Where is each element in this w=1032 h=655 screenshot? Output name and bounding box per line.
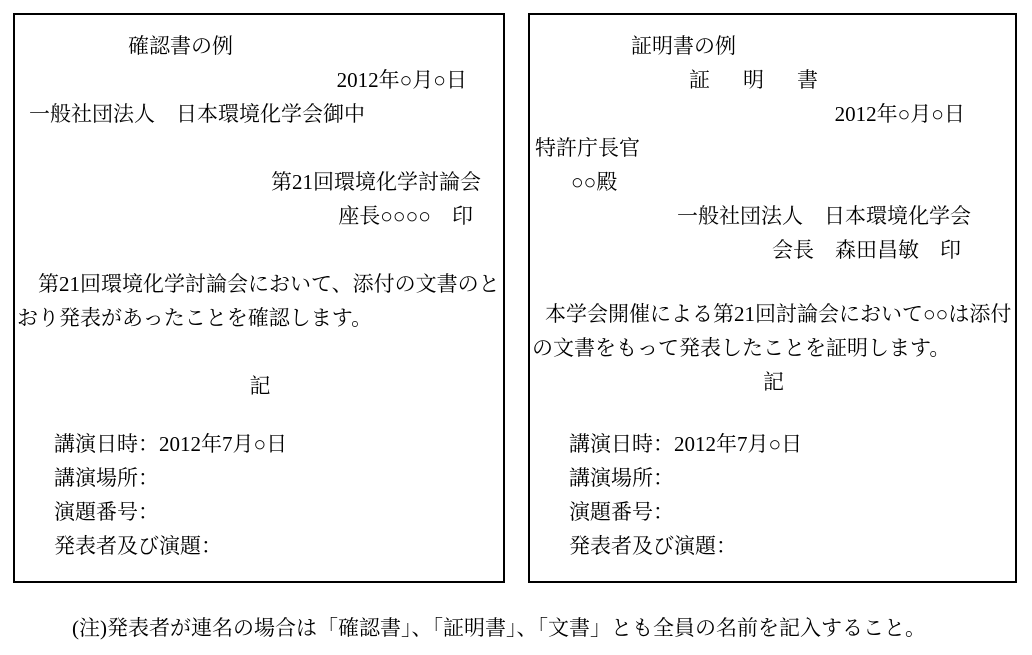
certificate-detail-number: 演題番号： — [532, 495, 1015, 529]
blank-line — [17, 131, 503, 165]
confirmation-detail-number: 演題番号： — [17, 495, 503, 529]
confirmation-detail-date: 講演日時：2012年7月○日 — [17, 427, 503, 461]
certificate-issuer-org: 一般社団法人 日本環境化学会 — [532, 199, 1015, 233]
certificate-addressee-title: 特許庁長官 — [532, 131, 1015, 165]
blank-line — [532, 267, 1015, 297]
footnote-text: (注)発表者が連名の場合は「確認書」、「証明書」、「文書」とも全員の名前を記入す… — [72, 611, 926, 645]
confirmation-detail-place: 講演場所： — [17, 461, 503, 495]
blank-line — [532, 399, 1015, 427]
certificate-detail-date: 講演日時：2012年7月○日 — [532, 427, 1015, 461]
certificate-body: 本学会開催による第21回討論会において○○は添付の文書をもって発表したことを証明… — [532, 297, 1015, 365]
certificate-issuer-person-seal: 会長 森田昌敏 印 — [532, 233, 1015, 267]
confirmation-chair-seal: 座長○○○○ 印 — [17, 199, 503, 233]
blank-line — [17, 403, 503, 427]
confirmation-body: 第21回環境化学討論会において、添付の文書のとおり発表があったことを確認します。 — [17, 267, 503, 335]
certificate-record-marker: 記 — [532, 365, 1015, 399]
certificate-heading: 証 明 書 — [532, 63, 1015, 97]
confirmation-detail-presenter: 発表者及び演題： — [17, 529, 503, 563]
confirmation-document-box: 確認書の例 2012年○月○日 一般社団法人 日本環境化学会御中 第21回環境化… — [13, 13, 505, 583]
certificate-detail-place: 講演場所： — [532, 461, 1015, 495]
certificate-detail-presenter: 発表者及び演題： — [532, 529, 1015, 563]
top-border-gap — [91, 13, 277, 16]
confirmation-addressee: 一般社団法人 日本環境化学会御中 — [17, 97, 503, 131]
certificate-date: 2012年○月○日 — [532, 97, 1015, 131]
confirmation-record-marker: 記 — [17, 369, 503, 403]
certificate-addressee-name: ○○殿 — [532, 165, 1015, 199]
blank-line — [17, 233, 503, 267]
confirmation-date: 2012年○月○日 — [17, 63, 503, 97]
certificate-caption: 証明書の例 — [532, 29, 1015, 63]
confirmation-caption: 確認書の例 — [17, 29, 503, 63]
certificate-document-box: 証明書の例 証 明 書 2012年○月○日 特許庁長官 ○○殿 一般社団法人 日… — [528, 13, 1017, 583]
blank-line — [17, 335, 503, 369]
top-border-gap — [591, 13, 771, 16]
confirmation-organizer: 第21回環境化学討論会 — [17, 165, 503, 199]
